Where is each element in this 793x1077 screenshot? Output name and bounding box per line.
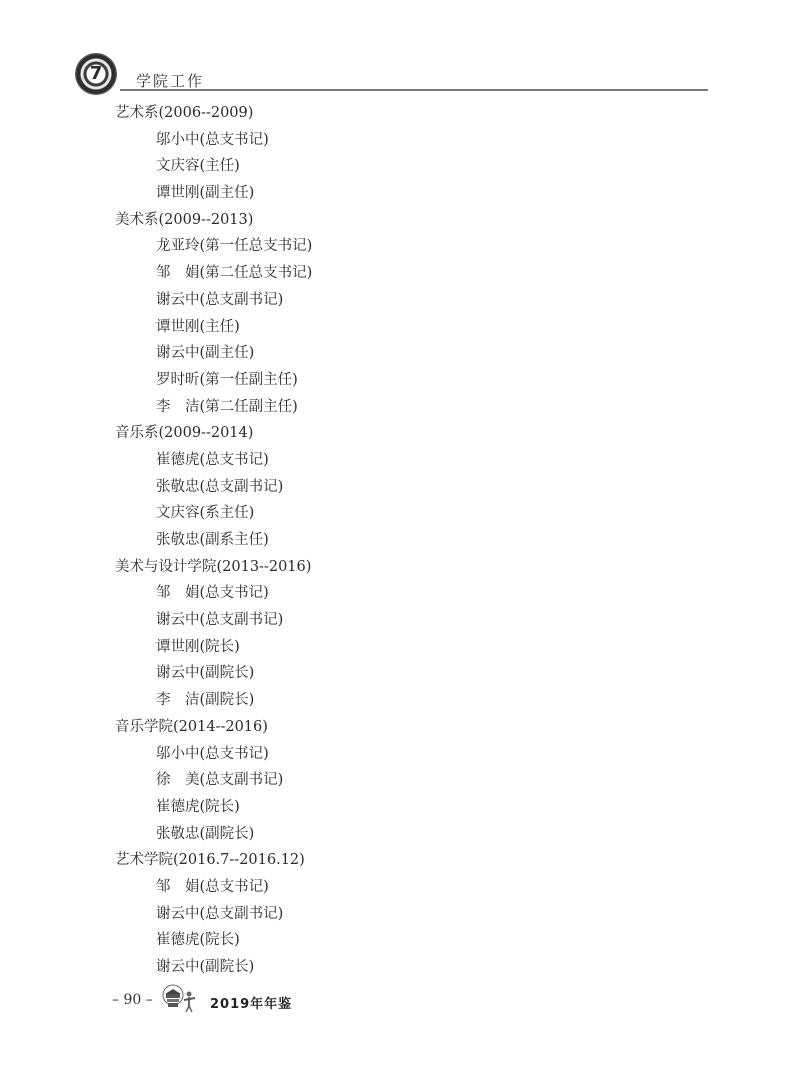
member-entry: 谢云中(副院长)	[115, 660, 675, 687]
member-entry: 邬小中(总支书记)	[115, 741, 675, 768]
department-heading: 艺术学院(2016.7--2016.12)	[115, 847, 675, 874]
member-entry: 张敬忠(副院长)	[115, 821, 675, 848]
member-entry: 谭世刚(主任)	[115, 314, 675, 341]
page-footer: – 90 – 2019年年鉴	[112, 990, 412, 1020]
member-entry: 谢云中(总支副书记)	[115, 287, 675, 314]
member-entry: 邹 娟(总支书记)	[115, 580, 675, 607]
member-entry: 邹 娟(总支书记)	[115, 874, 675, 901]
department-heading: 美术与设计学院(2013--2016)	[115, 554, 675, 581]
member-entry: 李 洁(第二任副主任)	[115, 394, 675, 421]
member-entry: 李 洁(副院长)	[115, 687, 675, 714]
member-entry: 文庆容(系主任)	[115, 500, 675, 527]
department-heading: 音乐学院(2014--2016)	[115, 714, 675, 741]
member-entry: 谢云中(副主任)	[115, 340, 675, 367]
department-heading: 美术系(2009--2013)	[115, 207, 675, 234]
section-title: 学院工作	[136, 70, 204, 91]
header-divider	[120, 89, 708, 91]
department-heading: 艺术系(2006--2009)	[115, 100, 675, 127]
page-number: – 90 –	[112, 992, 153, 1008]
member-entry: 谭世刚(副主任)	[115, 180, 675, 207]
logo-glyph: 7	[76, 54, 116, 94]
member-entry: 崔德虎(院长)	[115, 927, 675, 954]
university-emblem-icon: 7	[76, 54, 116, 94]
member-entry: 徐 美(总支副书记)	[115, 767, 675, 794]
member-entry: 崔德虎(总支书记)	[115, 447, 675, 474]
member-entry: 谢云中(副院长)	[115, 954, 675, 981]
member-entry: 龙亚玲(第一任总支书记)	[115, 233, 675, 260]
yearbook-label: 2019年年鉴	[210, 993, 292, 1012]
department-heading: 音乐系(2009--2014)	[115, 420, 675, 447]
member-entry: 谭世刚(院长)	[115, 634, 675, 661]
department-list: 艺术系(2006--2009)邬小中(总支书记)文庆容(主任)谭世刚(副主任)美…	[115, 100, 675, 981]
member-entry: 崔德虎(院长)	[115, 794, 675, 821]
member-entry: 谢云中(总支副书记)	[115, 901, 675, 928]
yearbook-mascot-icon	[162, 984, 198, 1014]
member-entry: 邹 娟(第二任总支书记)	[115, 260, 675, 287]
member-entry: 张敬忠(副系主任)	[115, 527, 675, 554]
member-entry: 罗时昕(第一任副主任)	[115, 367, 675, 394]
page-header: 7 学院工作	[72, 58, 712, 98]
member-entry: 谢云中(总支副书记)	[115, 607, 675, 634]
member-entry: 文庆容(主任)	[115, 153, 675, 180]
member-entry: 张敬忠(总支副书记)	[115, 474, 675, 501]
member-entry: 邬小中(总支书记)	[115, 127, 675, 154]
